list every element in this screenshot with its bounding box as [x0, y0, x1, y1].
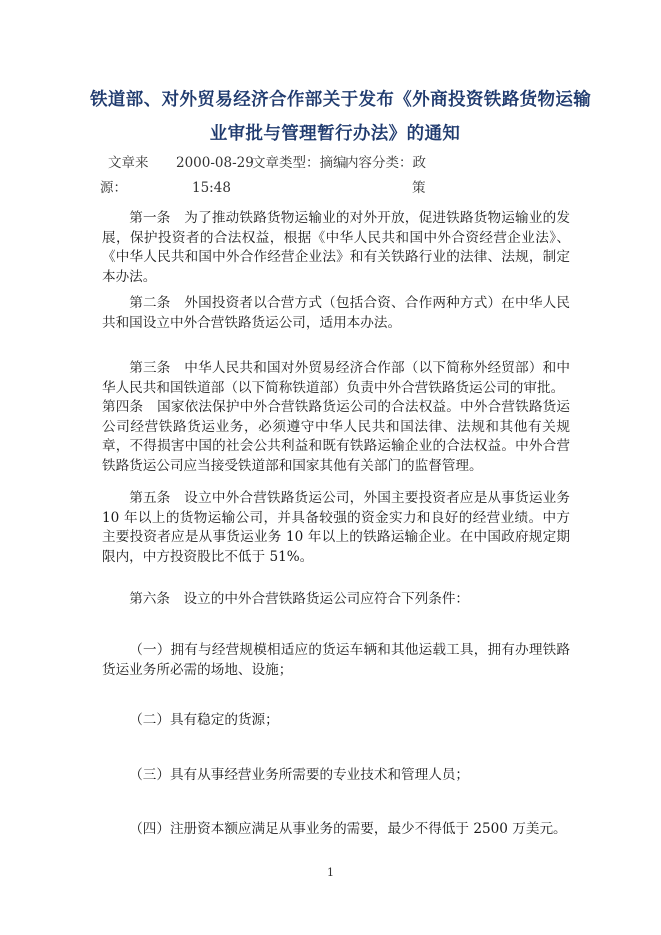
publish-time: 15:48	[192, 176, 231, 201]
article-2: 第二条 外国投资者以合营方式（包括合资、合作两种方式）在中华人民共和国设立中外合…	[102, 294, 570, 333]
condition-item-3: （三）具有从事经营业务所需要的专业技术和管理人员；	[102, 766, 570, 786]
document-page: 铁道部、对外贸易经济合作部关于发布《外商投资铁路货物运输 业审批与管理暂行办法》…	[0, 0, 661, 935]
article-3: 第三条 中华人民共和国对外贸易经济合作部（以下简称外经贸部）和中华人民共和国铁道…	[102, 359, 570, 398]
article-type: 文章类型：摘编	[252, 151, 347, 176]
article-1: 第一条 为了推动铁路货物运输业的对外开放，促进铁路货物运输业的发展，保护投资者的…	[102, 209, 570, 287]
page-number: 1	[0, 866, 661, 879]
condition-item-1: （一）拥有与经营规模相适应的货运车辆和其他运载工具，拥有办理铁路货运业务所必需的…	[102, 641, 570, 680]
condition-item-2: （二）具有稳定的货源；	[102, 711, 570, 731]
condition-item-4: （四）注册资本额应满足从事业务的需要，最少不得低于 2500 万美元。	[102, 820, 570, 840]
content-category-cont: 策	[412, 176, 426, 201]
article-4: 第四条 国家依法保护中外合营铁路货运公司的合法权益。中外合营铁路货运公司经营铁路…	[102, 398, 570, 476]
document-title-line1: 铁道部、对外贸易经济合作部关于发布《外商投资铁路货物运输	[90, 86, 580, 111]
document-title-line2: 业审批与管理暂行办法》的通知	[90, 120, 580, 145]
article-5: 第五条 设立中外合营铁路货运公司，外国主要投资者应是从事货运业务 10 年以上的…	[102, 489, 570, 567]
publish-date: 2000-08-29	[176, 151, 254, 176]
source-label: 文章来	[108, 151, 149, 176]
source-label-cont: 源：	[100, 176, 127, 201]
article-6: 第六条 设立的中外合营铁路货运公司应符合下列条件：	[102, 590, 570, 610]
content-category: 内容分类：政	[345, 151, 426, 176]
